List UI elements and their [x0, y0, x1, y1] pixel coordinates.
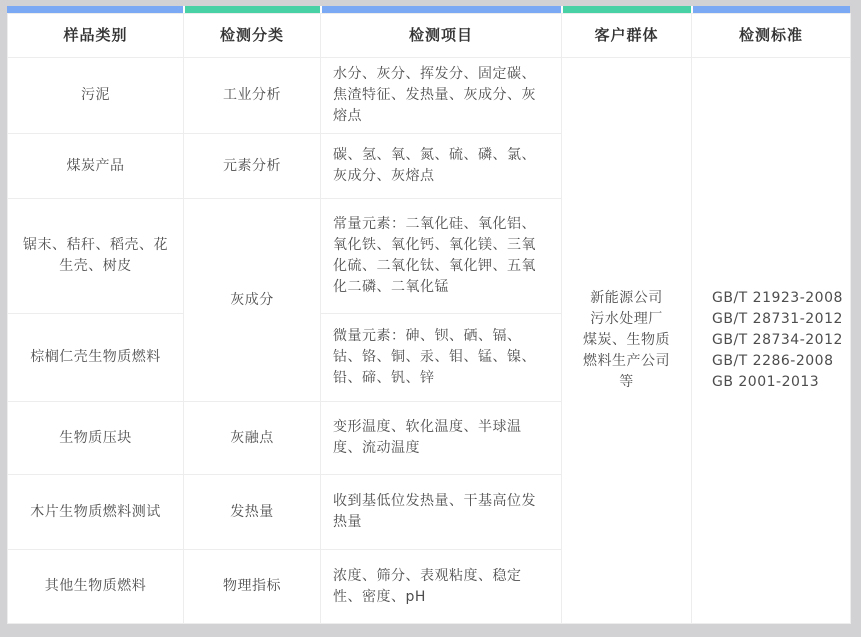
cell-category: 元素分析	[184, 134, 321, 199]
column-header-category: 检测分类	[184, 14, 321, 58]
cell-category: 灰成分	[184, 199, 321, 402]
customer-line: 等	[570, 372, 683, 393]
table-row: 污泥 工业分析 水分、灰分、挥发分、固定碳、焦渣特征、发热量、灰成分、灰熔点 新…	[8, 58, 851, 134]
cell-standards: GB/T 21923-2008GB/T 28731-2012GB/T 28734…	[692, 58, 851, 624]
standard-line: GB/T 28731-2012	[712, 309, 846, 330]
column-header-customer: 客户群体	[562, 14, 692, 58]
accent-bar-items	[320, 6, 561, 13]
cell-category: 发热量	[184, 475, 321, 550]
cell-items: 浓度、筛分、表观粘度、稳定性、密度、pH	[321, 550, 562, 624]
accent-bar-sample	[7, 6, 183, 13]
testing-services-table: 样品类别 检测分类 检测项目 客户群体 检测标准 污泥 工业分析 水分、灰分、挥…	[7, 13, 851, 624]
cell-items: 微量元素：砷、钡、硒、镉、钴、铬、铜、汞、钼、锰、镍、铅、碲、钒、锌	[321, 314, 562, 402]
customer-line: 煤炭、生物质	[570, 330, 683, 351]
cell-category: 物理指标	[184, 550, 321, 624]
cell-sample: 其他生物质燃料	[8, 550, 184, 624]
cell-sample: 污泥	[8, 58, 184, 134]
column-header-items: 检测项目	[321, 14, 562, 58]
cell-category: 灰融点	[184, 402, 321, 475]
cell-sample: 煤炭产品	[8, 134, 184, 199]
column-header-sample: 样品类别	[8, 14, 184, 58]
standard-line: GB/T 21923-2008	[712, 288, 846, 309]
standard-line: GB/T 28734-2012	[712, 330, 846, 351]
cell-sample: 生物质压块	[8, 402, 184, 475]
cell-sample: 木片生物质燃料测试	[8, 475, 184, 550]
standard-line: GB 2001-2013	[712, 372, 846, 393]
column-header-standard: 检测标准	[692, 14, 851, 58]
accent-bar-customer	[561, 6, 691, 13]
cell-customer-group: 新能源公司污水处理厂煤炭、生物质燃料生产公司等	[562, 58, 692, 624]
cell-category: 工业分析	[184, 58, 321, 134]
cell-items: 常量元素：二氧化硅、氧化铝、氧化铁、氧化钙、氧化镁、三氧化硫、二氧化钛、氧化钾、…	[321, 199, 562, 314]
customer-line: 新能源公司	[570, 288, 683, 309]
cell-items: 变形温度、软化温度、半球温度、流动温度	[321, 402, 562, 475]
accent-bar-category	[183, 6, 320, 13]
header-row: 样品类别 检测分类 检测项目 客户群体 检测标准	[8, 14, 851, 58]
testing-services-panel: 样品类别 检测分类 检测项目 客户群体 检测标准 污泥 工业分析 水分、灰分、挥…	[7, 6, 850, 624]
customer-line: 燃料生产公司	[570, 351, 683, 372]
standard-line: GB/T 2286-2008	[712, 351, 846, 372]
cell-items: 水分、灰分、挥发分、固定碳、焦渣特征、发热量、灰成分、灰熔点	[321, 58, 562, 134]
customer-line: 污水处理厂	[570, 309, 683, 330]
header-accent-bars	[7, 6, 850, 13]
cell-items: 收到基低位发热量、干基高位发热量	[321, 475, 562, 550]
cell-sample: 棕榈仁壳生物质燃料	[8, 314, 184, 402]
cell-sample: 锯末、秸秆、稻壳、花生壳、树皮	[8, 199, 184, 314]
cell-items: 碳、氢、氧、氮、硫、磷、氯、灰成分、灰熔点	[321, 134, 562, 199]
accent-bar-standard	[691, 6, 850, 13]
